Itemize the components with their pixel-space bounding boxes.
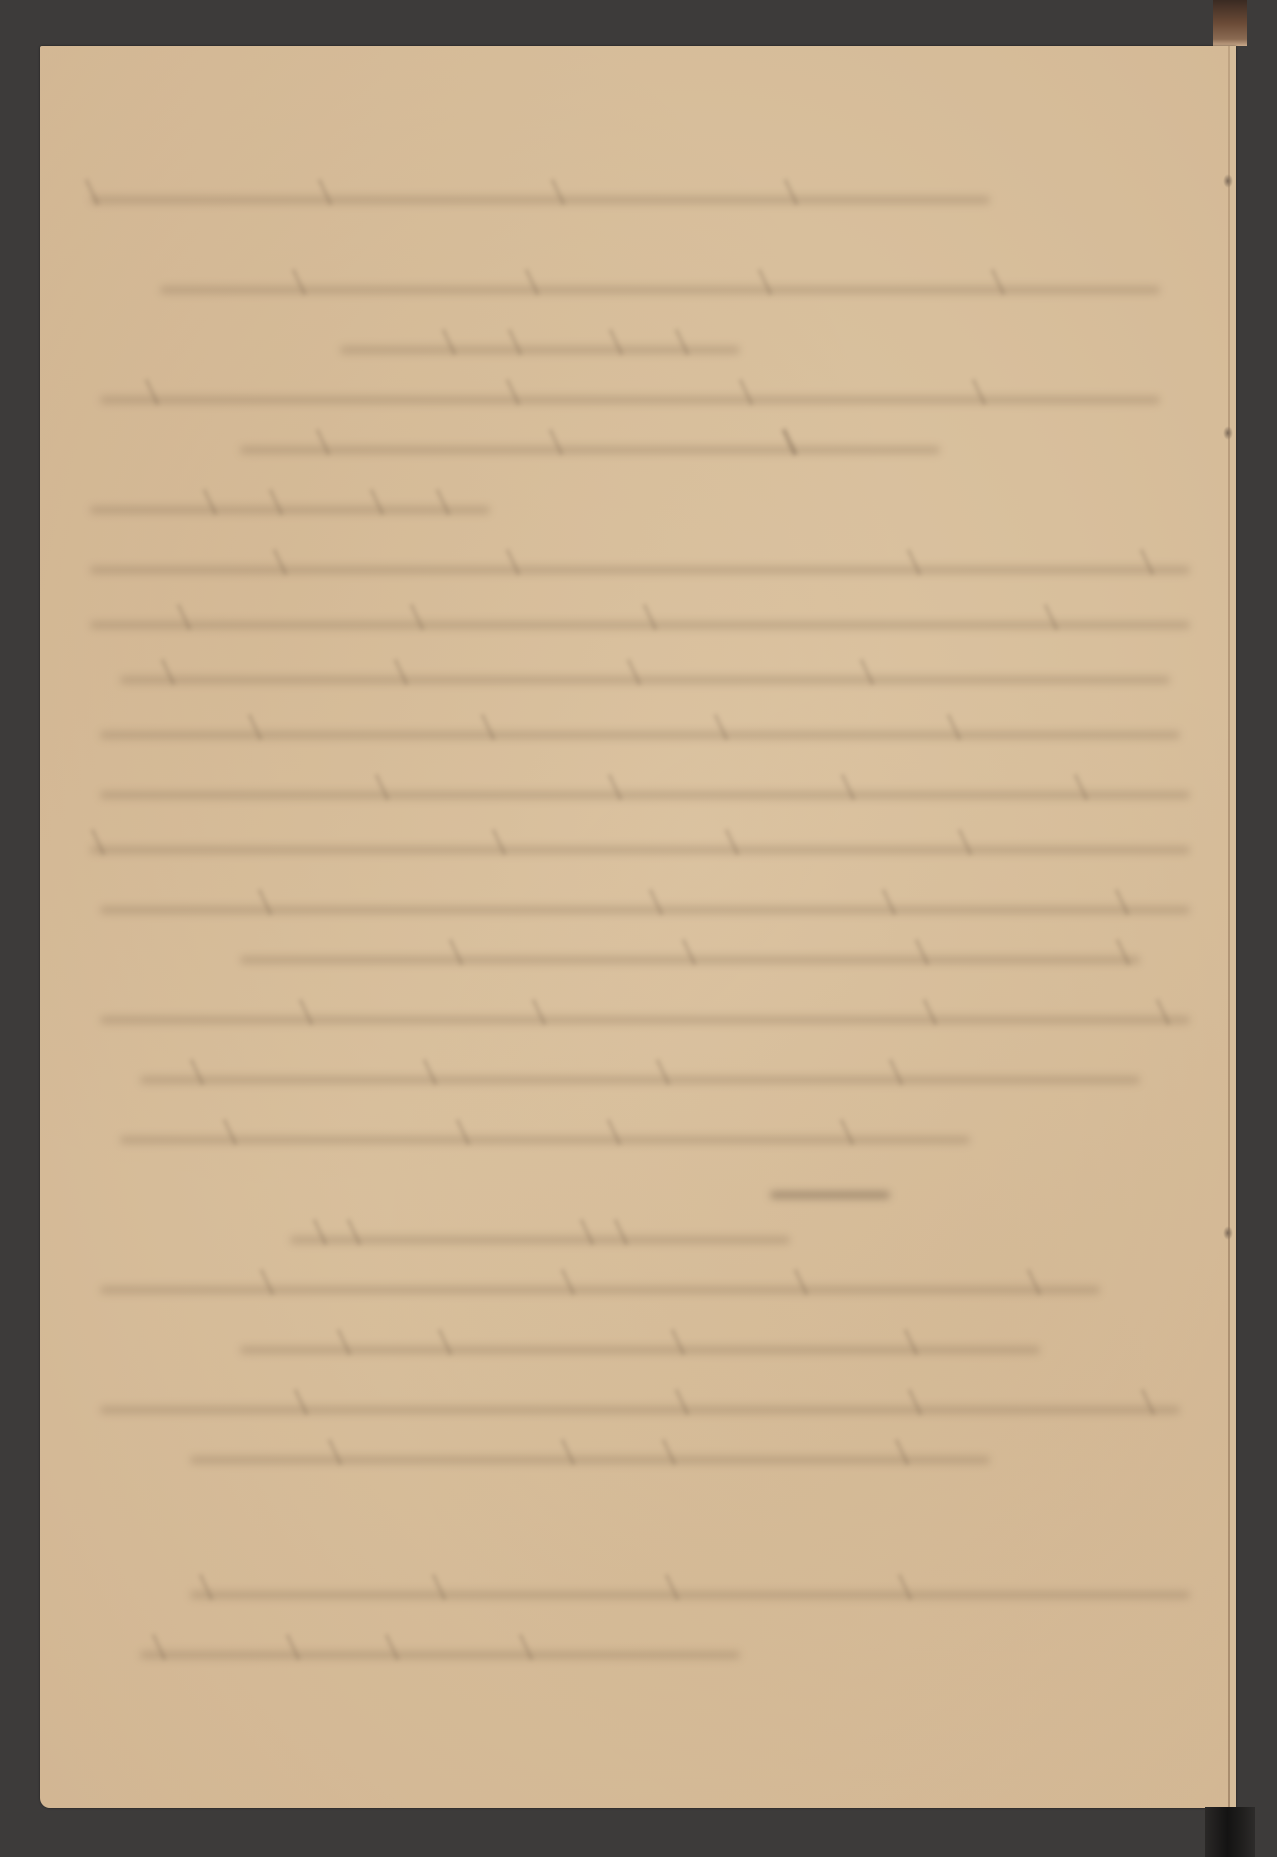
- binding-top: [1213, 0, 1247, 46]
- spine-flap: [1230, 46, 1236, 1808]
- bleed-line: [90, 566, 1190, 574]
- bleed-line: [160, 286, 1160, 294]
- paper-page: [40, 46, 1236, 1808]
- bleed-line: [90, 506, 490, 514]
- bleed-line: [240, 1346, 1040, 1354]
- bleed-line: [140, 1076, 1140, 1084]
- bleed-line: [140, 1651, 740, 1659]
- bleed-line: [100, 1016, 1190, 1024]
- bleed-line: [100, 396, 1160, 404]
- stitch-hole: [1223, 174, 1233, 188]
- bleed-line: [100, 1406, 1180, 1414]
- bleed-line: [100, 791, 1190, 799]
- stitch-hole: [1223, 1226, 1233, 1240]
- stitch-hole: [1223, 426, 1233, 440]
- bleed-line: [100, 1286, 1100, 1294]
- bleed-line: [120, 676, 1170, 684]
- bleed-line: [190, 1456, 990, 1464]
- bleed-line: [120, 1136, 970, 1144]
- binding-bottom: [1205, 1807, 1255, 1857]
- bleed-line: [100, 906, 1190, 914]
- bleed-line: [190, 1591, 1190, 1599]
- bleed-line: [90, 621, 1190, 629]
- bleed-line: [90, 846, 1190, 854]
- bleed-line: [290, 1236, 790, 1244]
- dash-mark: [770, 1191, 890, 1199]
- bleed-line: [240, 446, 940, 454]
- spine-crease: [1228, 46, 1230, 1808]
- bleed-line: [340, 346, 740, 354]
- bleed-line: [90, 196, 990, 204]
